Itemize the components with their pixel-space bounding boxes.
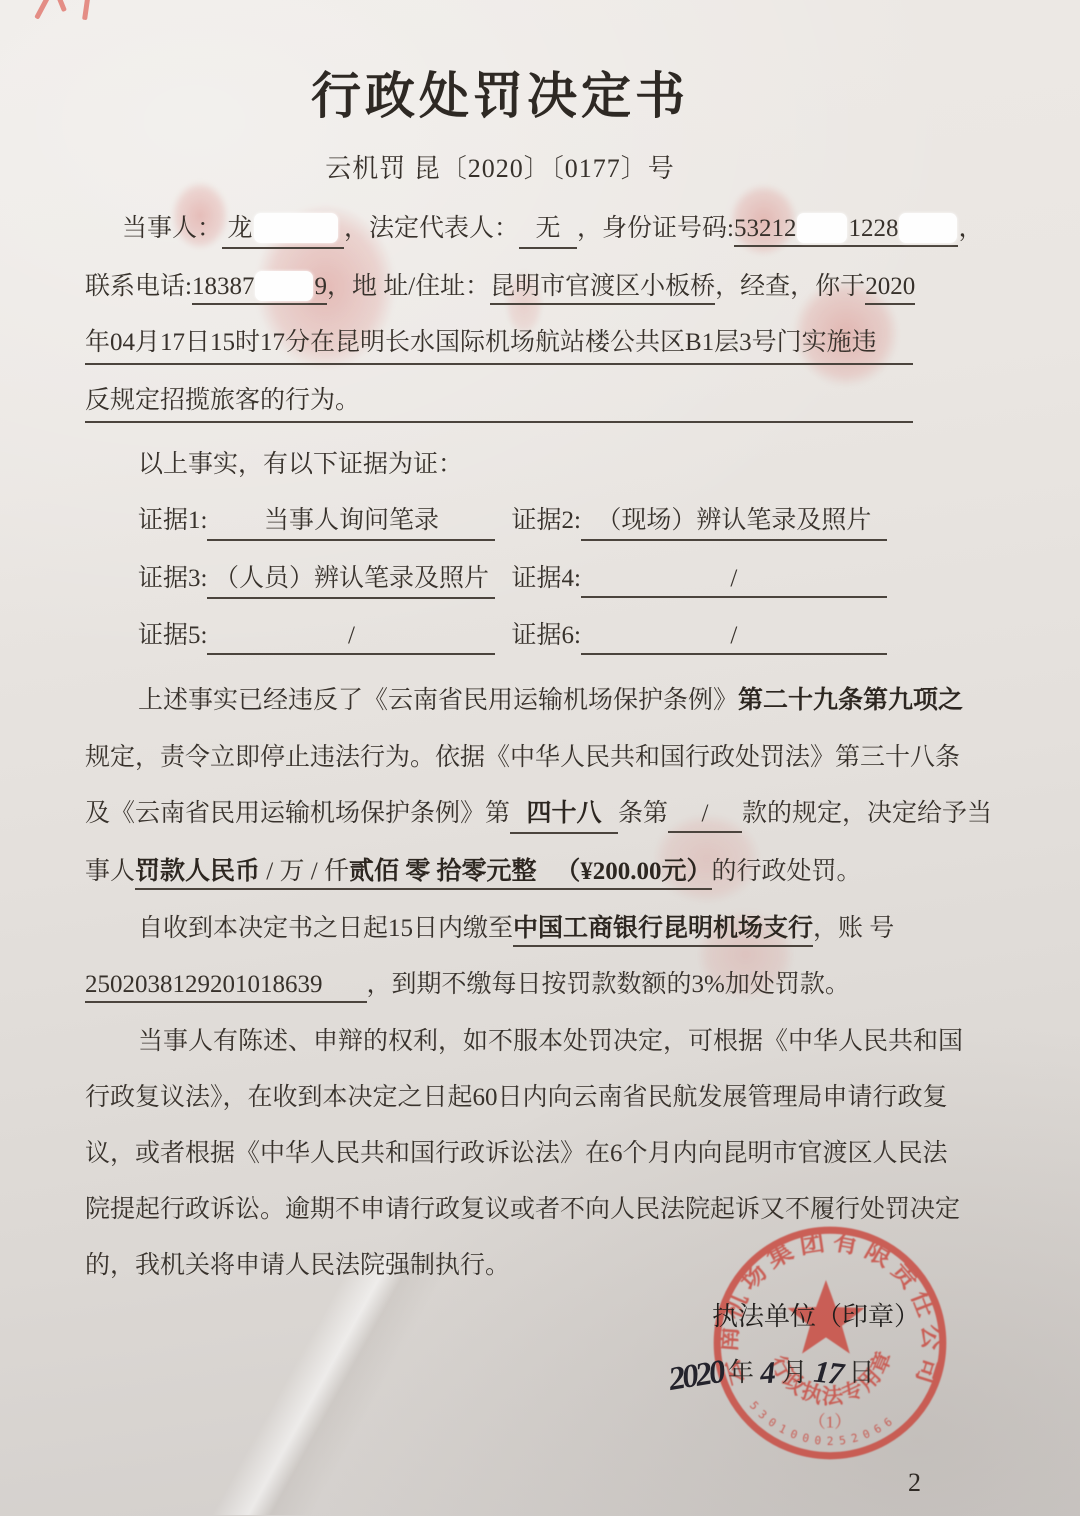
evidence5-value: / [207,622,495,655]
red-pen-mark [54,0,67,12]
evidence1-label: 证据1: [138,500,207,536]
evidence3-value: （人员）辨认笔录及照片 [207,558,495,599]
date-line: 2020年4月17日 [668,1352,881,1390]
fact-line-3: 反规定招揽旅客的行为。 [85,380,913,423]
party-name-blank: 龙 [222,208,344,249]
unit-qian: 仟 [324,858,349,885]
bank-name: 中国工商银行昆明机场支行 [513,915,813,947]
address-value: 昆明市官渡区小板桥 [490,273,715,305]
phone-part1: 18387 [192,273,255,300]
evidence-intro: 以上事实，有以下证据为证： [138,444,463,480]
fine-label: 罚款人民币 [135,858,260,885]
evidence6-value: / [581,622,887,655]
decision-text: 的行政处罚。 [712,858,862,885]
decision-text: 条第 [618,800,668,827]
spacer [536,858,555,885]
red-pen-mark [82,0,91,20]
violated-article: 第二十九条第九项之 [738,687,963,714]
year-value: 2020 [865,273,915,305]
redaction-box [899,213,957,243]
evidence3-label: 证据3: [138,558,207,594]
decision-text: 事人 [85,858,135,885]
appeal-line-1: 当事人有陈述、申辩的权利，如不服本处罚决定，可根据《中华人民共和国 [138,1021,963,1057]
party-name: 龙 [228,215,253,242]
fill-slash: / [260,858,279,885]
article-fill: 四十八 [510,793,618,834]
day-unit: 日 [849,1358,875,1387]
decision-line-4: 事人罚款人民币 / 万 / 仟贰佰 零 拾零元整 （¥200.00元）的行政处罚… [85,851,862,887]
evidence-row-2: 证据3:（人员）辨认笔录及照片证据4:/ [138,558,887,599]
evidence4-value: / [581,565,887,598]
payment-text: ，账 号 [813,915,894,942]
year-unit: 年 [728,1358,754,1387]
payment-line-2: 2502038129201018639，到期不缴每日按罚款数额的3%加处罚款。 [85,964,850,1000]
decision-text: 上述事实已经违反了《云南省民用运输机场保护条例》 [138,687,738,714]
id-label: ，身份证号码: [577,215,734,242]
decision-line-3: 及《云南省民用运输机场保护条例》第四十八条第/款的规定，决定给予当 [85,793,992,834]
legal-rep-label: ，法定代表人： [344,215,519,242]
evidence2-value: （现场）辨认笔录及照片 [581,500,887,541]
party-label: 当事人： [122,215,222,242]
phone-label: 联系电话: [85,273,192,300]
id-part1: 53212 [734,215,797,242]
handwritten-day: 17 [812,1354,845,1393]
appeal-line-3: 议，或者根据《中华人民共和国行政诉讼法》在6个月内向昆明市官渡区人民法 [85,1133,948,1169]
comma: ， [958,215,983,242]
official-stamp: 云南机场集团有限责任公司 行政执法专用章 （1） 5301000252066 [703,1216,957,1470]
clause-fill: / [668,800,742,833]
fact-line-2: 年04月17日15时17分在昆明长水国际机场航站楼公共区B1层3号门实施违 [85,322,913,365]
phone-number: 183879 [192,273,327,305]
phone-part2: 9 [314,273,327,300]
scanned-penalty-document: 行政处罚决定书 云机罚 昆〔2020〕〔0177〕号 当事人：龙，法定代表人：无… [0,0,1080,1516]
evidence4-label: 证据4: [511,558,580,594]
contact-line: 联系电话:183879，地 址/住址：昆明市官渡区小板桥，经查，你于2020 [85,266,915,302]
month-unit: 月 [782,1358,808,1387]
handwritten-month: 4 [759,1354,777,1391]
payment-text: ，到期不缴每日按罚款数额的3%加处罚款。 [367,971,850,998]
party-line: 当事人：龙，法定代表人：无，身份证号码:532121228， [122,208,984,249]
decision-line-1: 上述事实已经违反了《云南省民用运输机场保护条例》第二十九条第九项之 [138,680,963,716]
amount-words: 贰佰 零 拾零元整 [349,858,537,885]
investigation-text: ，经查，你于 [715,273,865,300]
evidence-row-3: 证据5:/证据6:/ [138,615,887,655]
unit-wan: 万 [279,858,304,885]
payment-line-1: 自收到本决定书之日起15日内缴至中国工商银行昆明机场支行，账 号 [138,908,894,944]
document-title: 行政处罚决定书 [0,56,1000,128]
decision-line-2: 规定，责令立即停止违法行为。依据《中华人民共和国行政处罚法》第三十八条 [85,737,960,773]
redaction-box [797,213,847,243]
appeal-line-5: 的，我机关将申请人民法院强制执行。 [85,1245,510,1281]
evidence5-label: 证据5: [138,615,207,651]
appeal-line-2: 行政复议法》，在收到本决定之日起60日内向云南省民航发展管理局申请行政复 [85,1077,948,1113]
paper-crease [0,1255,700,1515]
address-label: ，地 址/住址： [327,273,490,300]
amount-numeric: （¥200.00元） [555,858,711,885]
document-number: 云机罚 昆〔2020〕〔0177〕号 [0,148,1000,185]
page-number: 2 [908,1468,921,1498]
evidence6-label: 证据6: [511,615,580,651]
legal-rep-blank: 无 [519,208,577,249]
evidence-row-1: 证据1:当事人询问笔录证据2:（现场）辨认笔录及照片 [138,500,887,541]
decision-text: 及《云南省民用运输机场保护条例》第 [85,800,510,827]
enforcement-unit-label: 执法单位（印章） [712,1296,920,1333]
fill-slash: / [305,858,324,885]
evidence1-value: 当事人询问笔录 [207,500,495,541]
fine-amount-group: 罚款人民币 / 万 / 仟贰佰 零 拾零元整 （¥200.00元） [135,858,711,890]
id-part2: 1228 [848,215,898,242]
decision-text: 款的规定，决定给予当 [742,800,992,827]
redaction-box [254,213,338,243]
stamp-index: （1） [808,1412,851,1431]
id-number: 532121228 [734,215,959,247]
payment-text: 自收到本决定书之日起15日内缴至 [138,915,513,942]
evidence2-label: 证据2: [511,500,580,536]
account-number: 2502038129201018639 [85,971,367,1003]
red-pen-mark [34,0,51,20]
redaction-box [255,271,313,301]
